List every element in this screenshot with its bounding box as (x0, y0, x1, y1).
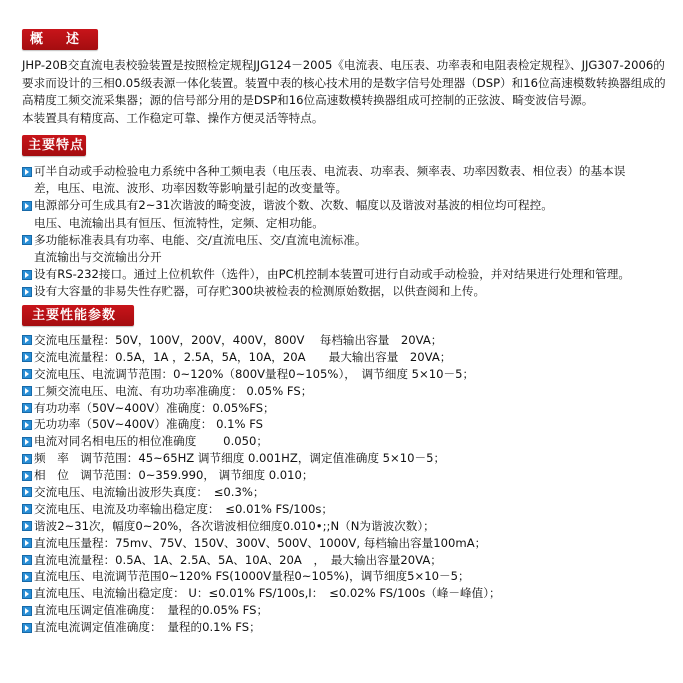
param-item: 无功功率（50V~400V）准确度： 0.1% FS (22, 416, 677, 433)
feature-item: 电源部分可生成具有2~31次谐波的畸变波，谐波个数、次数、幅度以及谐波对基波的相… (22, 197, 677, 214)
param-item: 谐波2~31次，幅度0~20%，各次谐波相位细度0.010•;;N（N为谐波次数… (22, 518, 677, 535)
feature-item-continuation: 电压、电流输出具有恒压、恒流特性，定频、定相功能。 (22, 215, 677, 232)
feature-item: 设有RS-232接口。通过上位机软件（选件），由PC机控制本装置可进行自动或手动… (22, 266, 677, 283)
arrow-square-icon (22, 270, 32, 280)
arrow-square-icon (22, 235, 32, 245)
param-item: 电流对同名相电压的相位准确度 0.050； (22, 433, 677, 450)
overview-paragraph: JHP-20B交直流电表校验装置是按照检定规程JJG124－2005《电流表、电… (22, 57, 677, 75)
arrow-square-icon (22, 403, 32, 413)
arrow-square-icon (22, 487, 32, 497)
overview-text: JHP-20B交直流电表校验装置是按照检定规程JJG124－2005《电流表、电… (22, 57, 677, 127)
param-item: 交流电压、电流及功率输出稳定度： ≤0.01% FS/100s； (22, 501, 677, 518)
overview-paragraph: 本装置具有精度高、工作稳定可靠、操作方便灵活等特点。 (22, 110, 677, 128)
feature-item-continuation: 差，电压、电流、波形、功率因数等影响量引起的改变量等。 (22, 180, 677, 197)
arrow-square-icon (22, 420, 32, 430)
arrow-square-icon (22, 471, 32, 481)
arrow-square-icon (22, 369, 32, 379)
section-title-params: 主要性能参数 (22, 305, 134, 326)
param-item: 相 位 调节范围：0~359.990， 调节细度 0.010； (22, 467, 677, 484)
arrow-square-icon (22, 572, 32, 582)
param-item: 直流电流调定值准确度： 量程的0.1% FS； (22, 619, 677, 636)
arrow-square-icon (22, 201, 32, 211)
param-item: 直流电压、电流调节范围0~120% FS(1000V量程0~105%)，调节细度… (22, 568, 677, 585)
overview-title-char-2: 述 (66, 32, 80, 47)
overview-paragraph: 高精度工频交流采集器；源的信号部分用的是DSP和16位高速数模转换器组成可控制的… (22, 92, 677, 110)
feature-item: 设有大容量的非易失性存贮器，可存贮300块被检表的检测原始数据，以供查阅和上传。 (22, 283, 677, 300)
arrow-square-icon (22, 335, 32, 345)
feature-item-continuation: 直流输出与交流输出分开 (22, 249, 677, 266)
section-title-features: 主要特点 (22, 135, 86, 156)
arrow-square-icon (22, 589, 32, 599)
arrow-square-icon (22, 167, 32, 177)
arrow-square-icon (22, 623, 32, 633)
overview-title-char-1: 概 (30, 32, 44, 47)
param-item: 直流电流量程：0.5A、1A、2.5A、5A、10A、20A ， 最大输出容量2… (22, 552, 677, 569)
arrow-square-icon (22, 538, 32, 548)
arrow-square-icon (22, 437, 32, 447)
param-item: 直流电压、电流输出稳定度： U：≤0.01% FS/100s,I： ≤0.02%… (22, 585, 677, 602)
overview-paragraph: 要求而设计的三相0.05级表源一体化装置。装置中表的核心技术用的是数字信号处理器… (22, 75, 677, 93)
feature-item: 多功能标准表具有功率、电能、交/直流电压、交/直流电流标准。 (22, 232, 677, 249)
arrow-square-icon (22, 521, 32, 531)
product-description-page: 概述 JHP-20B交直流电表校验装置是按照检定规程JJG124－2005《电流… (0, 0, 683, 683)
param-item: 直流电压量程：75mv、75V、150V、300V、500V、1000V, 每档… (22, 535, 677, 552)
arrow-square-icon (22, 386, 32, 396)
param-item: 交流电压量程：50V，100V，200V，400V，800V 每档输出容量 20… (22, 332, 677, 349)
arrow-square-icon (22, 287, 32, 297)
param-item: 交流电流量程：0.5A，1A ，2.5A，5A，10A，20A 最大输出容量 2… (22, 349, 677, 366)
arrow-square-icon (22, 606, 32, 616)
arrow-square-icon (22, 352, 32, 362)
param-item: 频 率 调节范围：45~65HZ 调节细度 0.001HZ，调定值准确度 5×1… (22, 450, 677, 467)
arrow-square-icon (22, 454, 32, 464)
param-item: 交流电压、电流调节范围：0~120%（800V量程0~105%）， 调节细度 5… (22, 366, 677, 383)
arrow-square-icon (22, 555, 32, 565)
param-item: 交流电压、电流输出波形失真度： ≤0.3%； (22, 484, 677, 501)
param-item: 工频交流电压、电流、有功功率准确度： 0.05% FS； (22, 383, 677, 400)
features-list: 可半自动或手动检验电力系统中各种工频电表（电压表、电流表、功率表、频率表、功率因… (22, 163, 677, 301)
param-item: 有功功率（50V~400V）准确度：0.05%FS； (22, 400, 677, 417)
arrow-square-icon (22, 504, 32, 514)
param-item: 直流电压调定值准确度： 量程的0.05% FS； (22, 602, 677, 619)
params-list: 交流电压量程：50V，100V，200V，400V，800V 每档输出容量 20… (22, 332, 677, 636)
feature-item: 可半自动或手动检验电力系统中各种工频电表（电压表、电流表、功率表、频率表、功率因… (22, 163, 677, 180)
section-title-overview: 概述 (22, 29, 98, 50)
